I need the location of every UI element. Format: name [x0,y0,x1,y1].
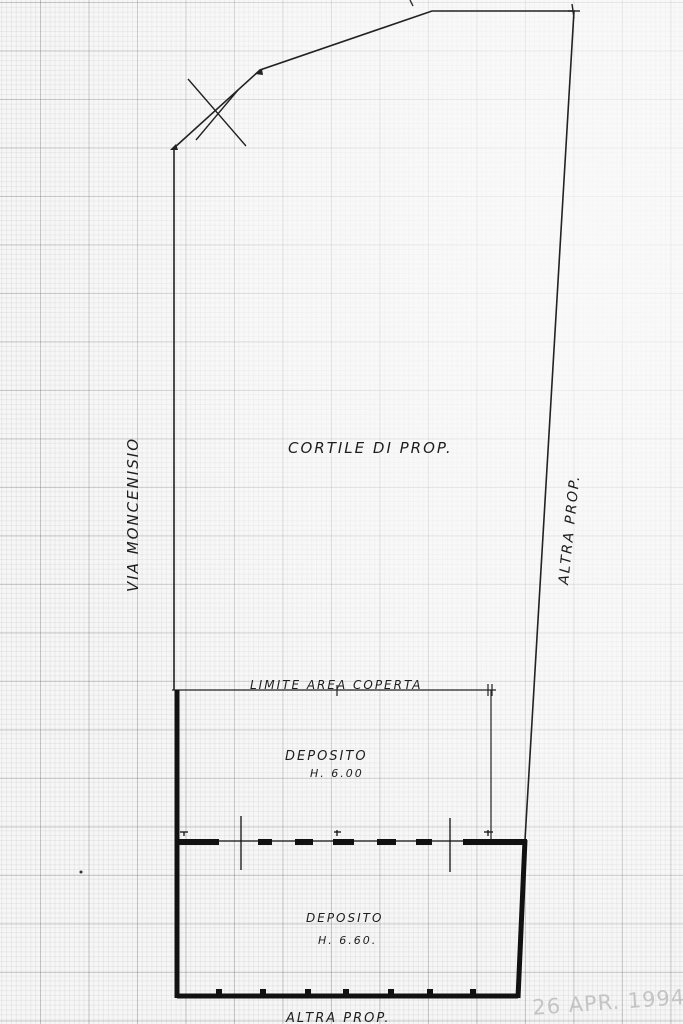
deposit-lower-name: DEPOSITO [306,911,383,925]
neighbor-right-label: ALTRA PROP. [556,473,584,586]
date-stamp: 26 APR. 1994 [532,985,683,1020]
stray-dot [80,871,83,874]
property-boundary [174,11,574,840]
deposit-lower-height: H. 6.60. [318,934,377,947]
deposit-upper-name: DEPOSITO [285,749,368,764]
site-plan-drawing: VIA MONCENISIO CORTILE DI PROP. ALTRA PR… [0,0,683,1024]
interior-wall-segments [177,839,527,845]
street-label: VIA MONCENISIO [124,437,142,592]
neighbor-bottom-label: ALTRA PROP. [285,1011,391,1024]
deposit-upper-height: H. 6.00 [310,767,364,780]
stray-mark [410,0,413,6]
covered-area-limit-label: LIMITE AREA COPERTA [250,678,422,692]
cross-marker-icon [188,79,246,146]
courtyard-label: CORTILE DI PROP. [288,439,453,457]
boundary-vertex-markers [170,4,580,150]
